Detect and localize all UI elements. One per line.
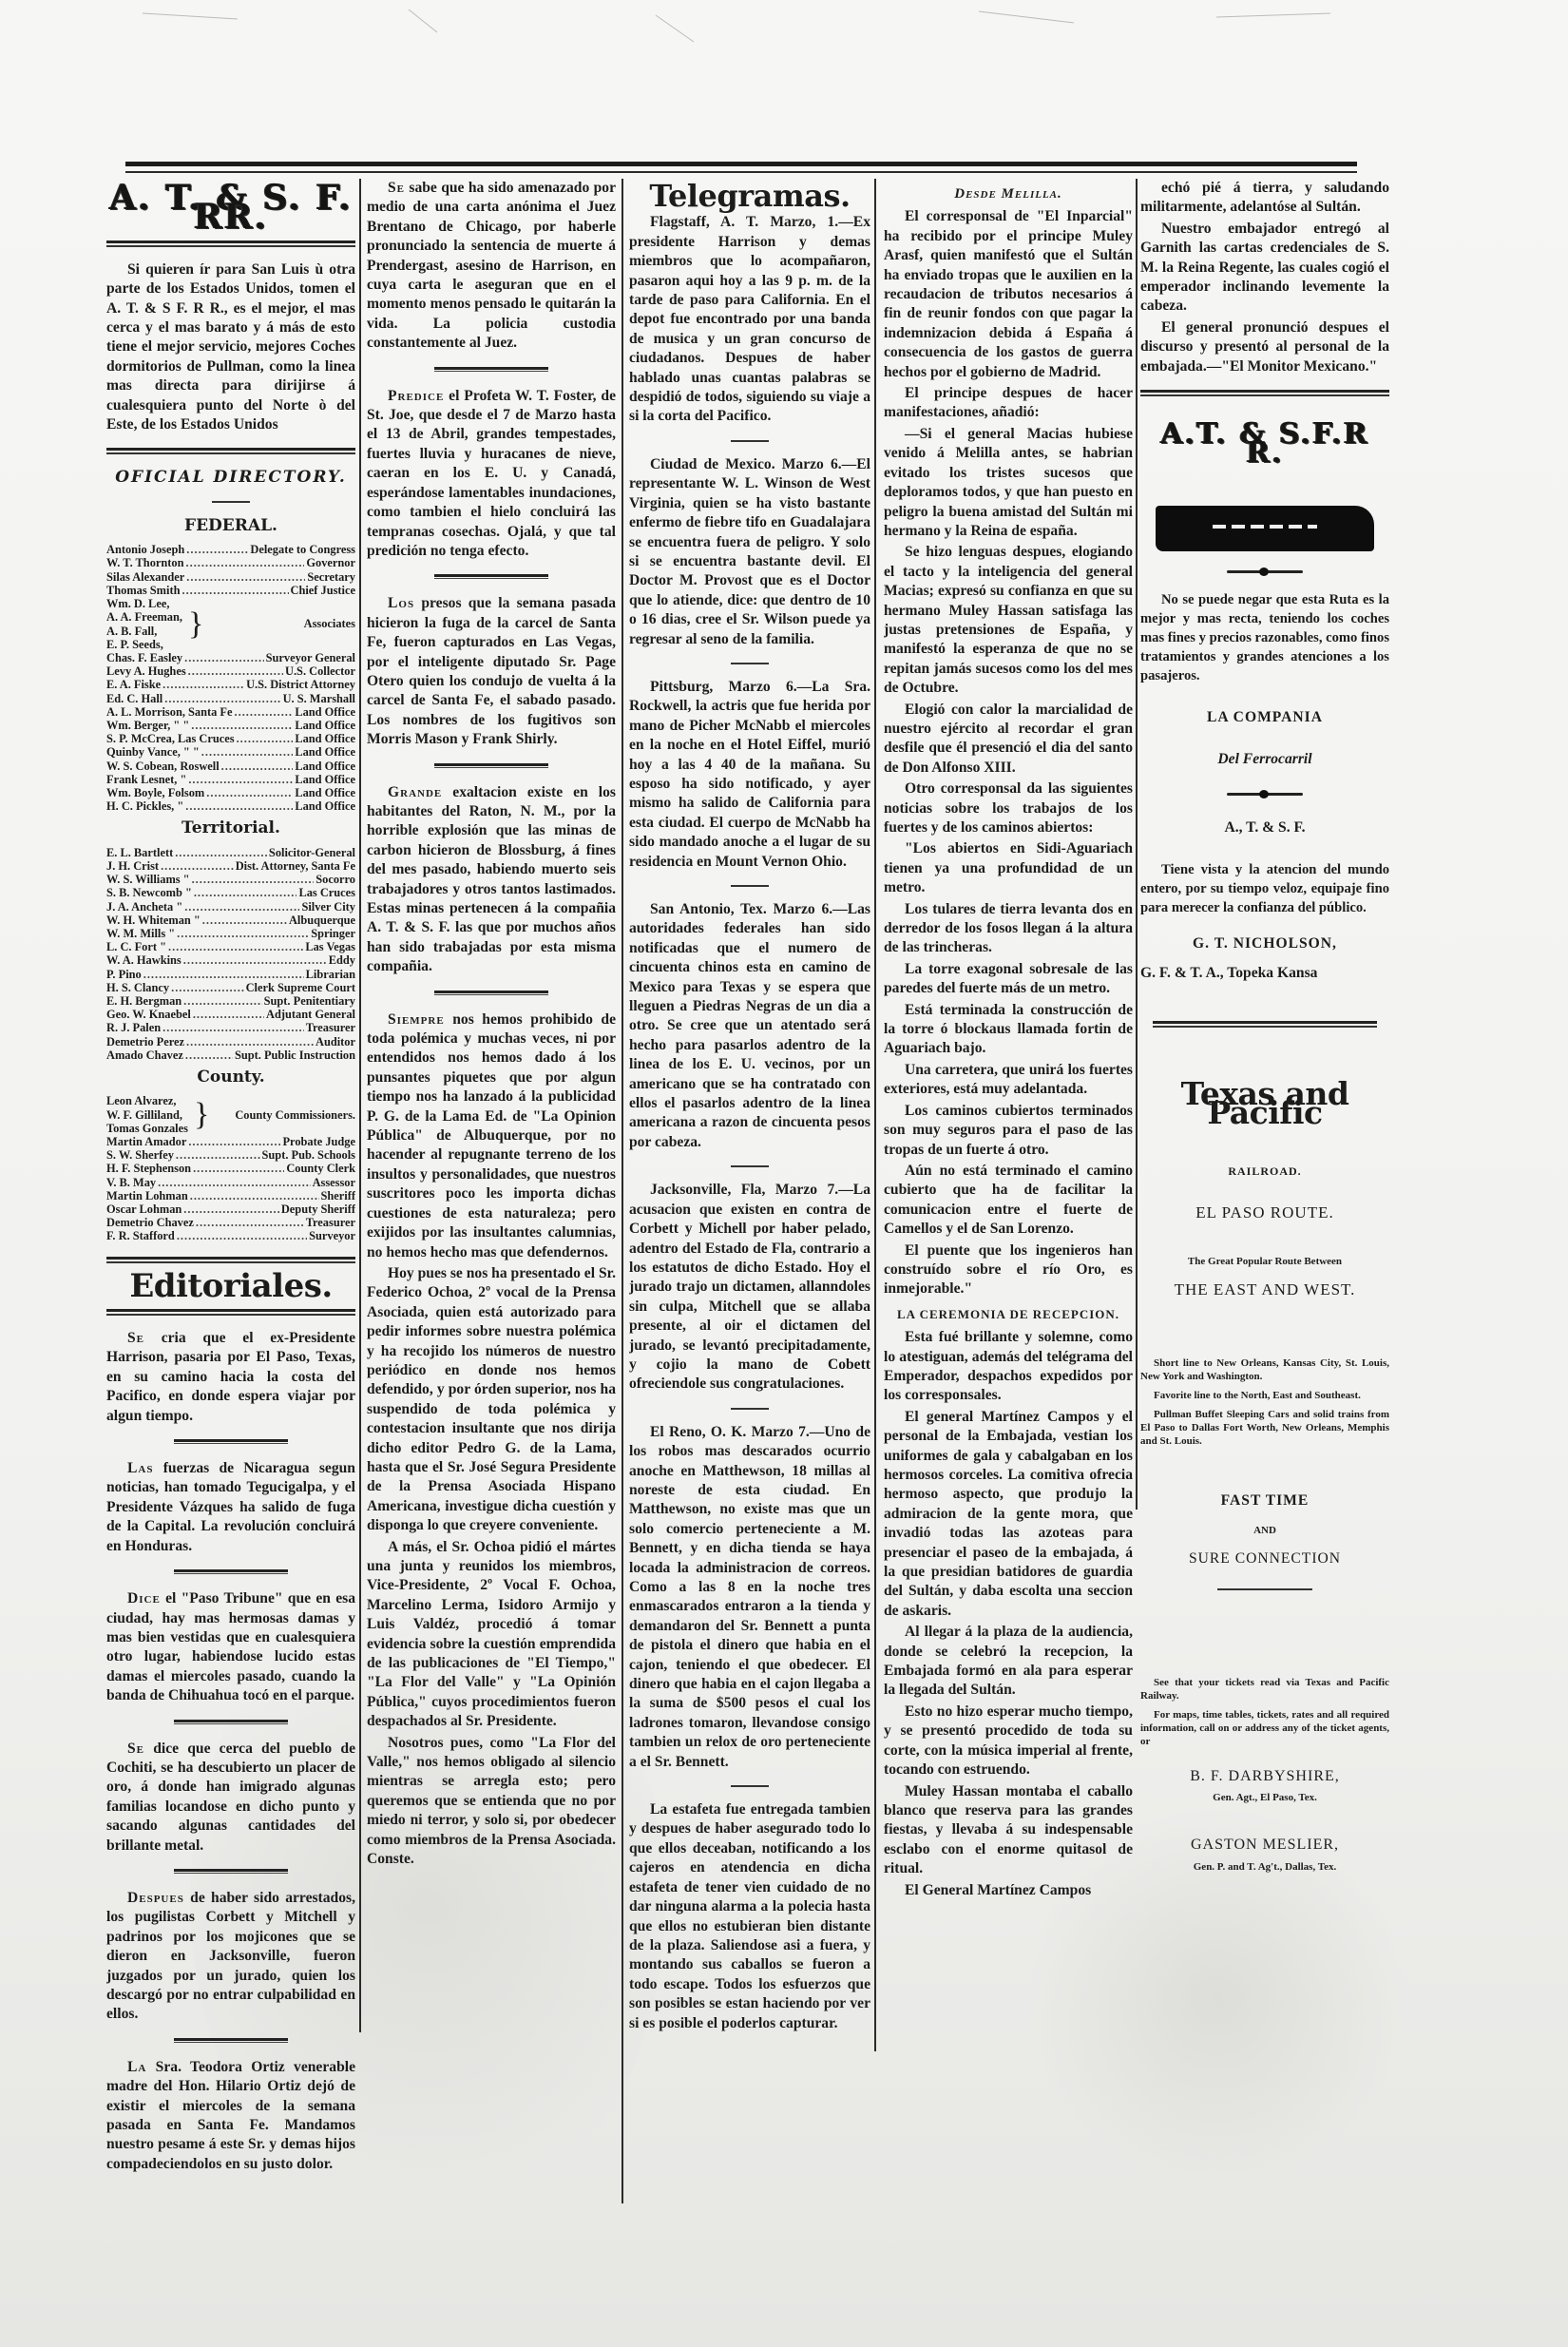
official-title: U. S. Marshall	[283, 692, 355, 705]
official-name: L. C. Fort "	[106, 940, 166, 953]
official-name: E. L. Bartlett	[106, 846, 173, 859]
article-paragraph: Despues de haber sido arrestados, los pu…	[106, 1889, 355, 2025]
divider	[731, 1785, 769, 1787]
official-title: Treasurer	[306, 1021, 355, 1034]
leader-dots	[193, 1008, 264, 1021]
official-name: S. W. Sherfey	[106, 1148, 174, 1162]
atsf-railway: Del Ferrocarril	[1140, 750, 1389, 769]
official-name: Leon Alvarez,	[106, 1094, 188, 1107]
divider	[434, 763, 548, 768]
directory-entry: H. C. Pickles, "Land Office	[106, 799, 355, 813]
official-name: Frank Lesnet, "	[106, 773, 186, 786]
article-paragraph: For maps, time tables, tickets, rates an…	[1140, 1708, 1389, 1748]
brace-glyph: }	[194, 1101, 209, 1129]
directory-entry: J. H. CristDist. Attorney, Santa Fe	[106, 859, 355, 873]
official-title: Supt. Penitentiary	[264, 994, 355, 1008]
commissioners-group: Leon Alvarez,W. F. Gilliland,Tomas Gonza…	[106, 1094, 355, 1135]
masthead-rule	[125, 162, 1357, 173]
tp-agent-2: GASTON MESLIER,	[1140, 1836, 1389, 1855]
tp-popular: The Great Popular Route Between	[1140, 1252, 1389, 1271]
divider	[106, 448, 355, 454]
official-name: P. Pino	[106, 968, 142, 981]
official-title: Land Office	[295, 786, 355, 799]
official-title: Librarian	[306, 968, 355, 981]
official-title: Land Office	[295, 705, 355, 719]
official-name: S. P. McCrea, Las Cruces	[106, 732, 235, 745]
leader-dots	[176, 1148, 260, 1162]
directory-entry: Quinby Vance, " "Land Office	[106, 745, 355, 759]
directory-entry: A. L. Morrison, Santa FeLand Office	[106, 705, 355, 719]
official-name: W. A. Hawkins	[106, 953, 182, 967]
article-paragraph: Short line to New Orleans, Kansas City, …	[1140, 1356, 1389, 1383]
lead-word: Predice	[388, 388, 444, 404]
directory-entry: Frank Lesnet, "Land Office	[106, 773, 355, 786]
group-title: Associates	[209, 617, 355, 630]
official-title: Auditor	[316, 1035, 355, 1048]
divider	[174, 1569, 288, 1574]
official-name: Amado Chavez	[106, 1048, 183, 1062]
leader-dots	[190, 1189, 319, 1202]
divider	[174, 1720, 288, 1724]
official-name: Demetrio Perez	[106, 1035, 184, 1048]
article-paragraph: La torre exagonal sobresale de las pared…	[884, 960, 1133, 999]
paper-scratches	[124, 4, 1454, 99]
official-name: W. S. Williams "	[106, 873, 190, 886]
official-title: Land Office	[295, 745, 355, 759]
article-paragraph: Elogió con calor la marcialidad de nuest…	[884, 701, 1133, 779]
official-name: Tomas Gonzales	[106, 1122, 188, 1135]
telegram-list: Flagstaff, A. T. Marzo, 1.—Ex presidente…	[629, 213, 870, 2033]
directory-entry: E. A. FiskeU.S. District Attorney	[106, 678, 355, 691]
directory-entry: Silas AlexanderSecretary	[106, 570, 355, 584]
article-paragraph: Está terminada la construcción de la tor…	[884, 1001, 1133, 1059]
telegrams-heading: Telegramas.	[629, 186, 870, 205]
official-title: Treasurer	[306, 1216, 355, 1229]
leader-dots	[235, 705, 294, 719]
official-title: Dist. Attorney, Santa Fe	[236, 859, 355, 873]
official-name: W. M. Mills "	[106, 927, 175, 940]
official-title: Las Cruces	[298, 886, 355, 899]
leader-dots	[184, 900, 299, 914]
directory-entry: J. A. Ancheta "Silver City	[106, 900, 355, 914]
directory-entry: Chas. F. EasleySurveyor General	[106, 651, 355, 664]
tp-agent-2-title: Gen. P. and T. Ag't., Dallas, Tex.	[1140, 1857, 1389, 1876]
directory-entry: Antonio JosephDelegate to Congress	[106, 543, 355, 556]
divider	[731, 440, 769, 442]
column-divider	[621, 179, 623, 2203]
directory-entry: W. S. Cobean, RoswellLand Office	[106, 760, 355, 773]
directory-entry: Geo. W. KnaebelAdjutant General	[106, 1008, 355, 1021]
directory-entry: E. H. BergmanSupt. Penitentiary	[106, 994, 355, 1008]
directory-entry: W. M. Mills "Springer	[106, 927, 355, 940]
leader-dots	[183, 953, 327, 967]
official-name: Demetrio Chavez	[106, 1216, 194, 1229]
ornament-divider	[1227, 793, 1303, 796]
leader-dots	[202, 914, 287, 927]
official-name: Ed. C. Hall	[106, 692, 163, 705]
official-title: U.S. Collector	[285, 664, 355, 678]
leader-dots	[177, 1229, 307, 1242]
official-title: Solicitor-General	[269, 846, 355, 859]
article-paragraph: Se cria que el ex-Presidente Harrison, p…	[106, 1329, 355, 1426]
official-name: S. B. Newcomb "	[106, 886, 192, 899]
directory-entry: Thomas SmithChief Justice	[106, 584, 355, 597]
article-paragraph: Muley Hassan montaba el caballo blanco q…	[884, 1782, 1133, 1879]
territorial-directory: E. L. BartlettSolicitor-GeneralJ. H. Cri…	[106, 846, 355, 1062]
official-name: Silas Alexander	[106, 570, 184, 584]
ceremony-article: Esta fué brillante y solemne, como lo at…	[884, 1328, 1133, 1900]
melilla-article: El corresponsal de "El Inparcial" ha rec…	[884, 207, 1133, 1299]
lead-word: Dice	[127, 1590, 161, 1606]
official-name: R. J. Palen	[106, 1021, 161, 1034]
article-paragraph: Dice el "Paso Tribune" que en esa ciudad…	[106, 1589, 355, 1705]
leader-dots	[161, 859, 234, 873]
lead-word: La	[127, 2059, 146, 2075]
column-divider	[359, 179, 361, 2032]
directory-entry: W. T. ThorntonGovernor	[106, 556, 355, 569]
news-items: Se sabe que ha sido amenazado por medio …	[367, 179, 616, 977]
lead-word: Despues	[127, 1890, 184, 1906]
official-title: Surveyor	[309, 1229, 355, 1242]
leader-dots	[168, 940, 303, 953]
official-title: Clerk Supreme Court	[246, 981, 355, 994]
official-name: F. R. Stafford	[106, 1229, 175, 1242]
tp-sure-connection: SURE CONNECTION	[1140, 1549, 1389, 1568]
official-name: E. A. Fiske	[106, 678, 161, 691]
article-paragraph: Pullman Buffet Sleeping Cars and solid t…	[1140, 1408, 1389, 1448]
article-paragraph: Los tulares de tierra levanta dos en der…	[884, 900, 1133, 958]
directory-entry: Demetrio PerezAuditor	[106, 1035, 355, 1048]
official-title: Chief Justice	[291, 584, 355, 597]
leader-dots	[175, 846, 267, 859]
leader-dots	[143, 968, 304, 981]
official-title: Land Office	[295, 773, 355, 786]
leader-dots	[185, 799, 293, 813]
divider	[174, 1869, 288, 1874]
lead-word: Grande	[388, 784, 442, 800]
column-3: Telegramas. Flagstaff, A. T. Marzo, 1.—E…	[629, 179, 870, 2265]
divider	[174, 1439, 288, 1444]
directory-entry: Oscar LohmanDeputy Sheriff	[106, 1202, 355, 1216]
directory-entry: Wm. Boyle, FolsomLand Office	[106, 786, 355, 799]
leader-dots	[186, 543, 248, 556]
brace-glyph: }	[188, 610, 203, 639]
leader-dots	[177, 927, 309, 940]
group-title: County Commissioners.	[215, 1108, 355, 1122]
atsf-agent: G. T. NICHOLSON,	[1140, 934, 1389, 953]
divider	[1153, 1021, 1377, 1028]
group-names: Leon Alvarez,W. F. Gilliland,Tomas Gonza…	[106, 1094, 188, 1135]
official-name: V. B. May	[106, 1176, 156, 1189]
divider	[212, 501, 250, 503]
official-name: Quinby Vance, " "	[106, 745, 200, 759]
directory-entry: H. S. ClancyClerk Supreme Court	[106, 981, 355, 994]
directory-entry: H. F. StephensonCounty Clerk	[106, 1162, 355, 1175]
column-4: Desde Melilla. El corresponsal de "El In…	[884, 179, 1133, 2265]
leader-dots	[188, 664, 283, 678]
article-paragraph: Los presos que la semana pasada hicieron…	[367, 594, 616, 749]
official-title: Silver City	[301, 900, 355, 914]
leader-dots	[186, 556, 305, 569]
leader-dots	[221, 760, 294, 773]
official-title: Surveyor General	[266, 651, 355, 664]
article-paragraph: Los caminos cubiertos terminados son muy…	[884, 1102, 1133, 1160]
official-title: Sheriff	[321, 1189, 355, 1202]
group-names: Wm. D. Lee,A. A. Freeman,A. B. Fall,E. P…	[106, 597, 182, 651]
leader-dots	[164, 692, 280, 705]
tp-route: EL PASO ROUTE.	[1140, 1203, 1389, 1222]
article-paragraph: El general Martínez Campos y el personal…	[884, 1408, 1133, 1621]
tp-agent-1: B. F. DARBYSHIRE,	[1140, 1767, 1389, 1786]
official-name: W. S. Cobean, Roswell	[106, 760, 220, 773]
official-title: Eddy	[329, 953, 355, 967]
divider	[731, 1165, 769, 1167]
article-paragraph: Predice el Profeta W. T. Foster, de St. …	[367, 387, 616, 562]
official-name: Thomas Smith	[106, 584, 180, 597]
polemic-article: Siempre nos hemos prohibido de toda polé…	[367, 1010, 616, 1870]
article-paragraph: La Sra. Teodora Ortiz venerable madre de…	[106, 2058, 355, 2174]
leader-dots	[163, 1021, 304, 1034]
official-name: E. P. Seeds,	[106, 638, 182, 651]
leader-dots	[196, 1216, 304, 1229]
directory-entry: Levy A. HughesU.S. Collector	[106, 664, 355, 678]
county-heading: County.	[106, 1068, 355, 1087]
tp-fast-time: FAST TIME	[1140, 1491, 1389, 1510]
atsf-ad-body-2: Tiene vista y la atencion del mundo ente…	[1140, 860, 1389, 917]
leader-dots	[188, 773, 293, 786]
column-5: echó pié á tierra, y saludando militarme…	[1140, 179, 1389, 2265]
article-paragraph: Ciudad de Mexico. Marzo 6.—El representa…	[629, 455, 870, 649]
official-title: Land Office	[295, 799, 355, 813]
train-illustration	[1156, 506, 1374, 551]
atsf-initials: A., T. & S. F.	[1140, 818, 1389, 837]
leader-dots	[201, 745, 294, 759]
article-paragraph: Las fuerzas de Nicaragua segun noticias,…	[106, 1459, 355, 1556]
atsf-agent-title: G. F. & T. A., Topeka Kansa	[1140, 964, 1389, 983]
official-title: Springer	[311, 927, 355, 940]
divider	[731, 885, 769, 887]
tp-railroad: RAILROAD.	[1140, 1162, 1389, 1181]
article-paragraph: Esta fué brillante y solemne, como lo at…	[884, 1328, 1133, 1406]
official-name: Wm. Berger, " "	[106, 719, 189, 732]
article-paragraph: Esto no hizo esperar mucho tiempo, y se …	[884, 1703, 1133, 1780]
tp-agent-1-title: Gen. Agt., El Paso, Tex.	[1140, 1788, 1389, 1807]
directory-entry: V. B. MayAssessor	[106, 1176, 355, 1189]
directory-entry: Wm. Berger, " "Land Office	[106, 719, 355, 732]
article-paragraph: Se sabe que ha sido amenazado por medio …	[367, 179, 616, 354]
leader-dots	[158, 1176, 310, 1189]
official-title: Delegate to Congress	[250, 543, 355, 556]
directory-entry: Ed. C. HallU. S. Marshall	[106, 692, 355, 705]
divider	[434, 991, 548, 995]
divider	[106, 1257, 355, 1263]
divider	[1140, 390, 1389, 396]
official-title: County Clerk	[286, 1162, 355, 1175]
divider	[1217, 1588, 1312, 1590]
leader-dots	[206, 786, 293, 799]
divider	[434, 574, 548, 579]
directory-entry: S. B. Newcomb "Las Cruces	[106, 886, 355, 899]
directory-entry: Martin LohmanSheriff	[106, 1189, 355, 1202]
official-title: Supt. Public Instruction	[235, 1048, 355, 1062]
article-paragraph: Flagstaff, A. T. Marzo, 1.—Ex presidente…	[629, 213, 870, 426]
tp-title: Texas and Pacific	[1140, 1085, 1389, 1124]
lead-word: Los	[388, 595, 414, 611]
official-name: A. L. Morrison, Santa Fe	[106, 705, 233, 719]
directory-entry: E. L. BartlettSolicitor-General	[106, 846, 355, 859]
column-1: A. T. & S. F. RR. Si quieren ír para San…	[106, 179, 355, 2265]
leader-dots	[171, 981, 244, 994]
leader-dots	[183, 994, 261, 1008]
lead-word: Las	[127, 1460, 153, 1476]
leader-dots	[186, 570, 305, 584]
article-paragraph: Favorite line to the North, East and Sou…	[1140, 1389, 1389, 1402]
official-title: Assessor	[313, 1176, 355, 1189]
atsf-ad-text: Si quieren ír para San Luis ù otra parte…	[106, 260, 355, 435]
directory-entry: F. R. StaffordSurveyor	[106, 1229, 355, 1242]
official-name: J. H. Crist	[106, 859, 159, 873]
directory-entry: S. W. SherfeySupt. Pub. Schools	[106, 1148, 355, 1162]
leader-dots	[193, 1162, 284, 1175]
official-title: Deputy Sheriff	[281, 1202, 355, 1216]
official-name: H. C. Pickles, "	[106, 799, 183, 813]
official-title: Probate Judge	[282, 1135, 355, 1148]
leader-dots	[182, 584, 288, 597]
divider	[434, 367, 548, 372]
article-paragraph: Nuestro embajador entregó al Garnith las…	[1140, 220, 1389, 317]
directory-entry: P. PinoLibrarian	[106, 968, 355, 981]
ceremony-subhead: LA CEREMONIA DE RECEPCION.	[884, 1305, 1133, 1324]
divider	[174, 2038, 288, 2043]
official-name: A. A. Freeman,	[106, 610, 182, 624]
official-title: U.S. District Attorney	[246, 678, 355, 691]
official-title: Governor	[306, 556, 355, 569]
divider	[731, 1408, 769, 1410]
atsf-ad-logo: A.T. & S.F.R R.	[1140, 425, 1389, 464]
official-title: Adjutant General	[266, 1008, 355, 1021]
official-title: Albuquerque	[289, 914, 355, 927]
official-name: Levy A. Hughes	[106, 664, 186, 678]
article-paragraph: "Los abiertos en Sidi-Aguariach tienen y…	[884, 839, 1133, 897]
article-paragraph: Aún no está terminado el camino cubierto…	[884, 1162, 1133, 1240]
lead-word: Se	[127, 1741, 144, 1757]
official-title: Las Vegas	[305, 940, 355, 953]
county-directory: Martin AmadorProbate JudgeS. W. SherfeyS…	[106, 1135, 355, 1243]
article-paragraph: El puente que los ingenieros han constru…	[884, 1241, 1133, 1299]
leader-dots	[163, 678, 244, 691]
official-title: Secretary	[307, 570, 355, 584]
tp-route-lines: Short line to New Orleans, Kansas City, …	[1140, 1356, 1389, 1448]
article-paragraph: Al llegar á la plaza de la audiencia, do…	[884, 1623, 1133, 1701]
territorial-heading: Territorial.	[106, 818, 355, 837]
official-name: Martin Amador	[106, 1135, 186, 1148]
official-title: Supt. Pub. Schools	[262, 1148, 355, 1162]
article-paragraph: Se dice que cerca del pueblo de Cochiti,…	[106, 1740, 355, 1856]
article-paragraph: Pittsburg, Marzo 6.—La Sra. Rockwell, la…	[629, 678, 870, 872]
brace-group: Leon Alvarez,W. F. Gilliland,Tomas Gonza…	[106, 1094, 355, 1135]
official-name: A. B. Fall,	[106, 625, 182, 638]
melilla-heading: Desde Melilla.	[884, 184, 1133, 203]
article-paragraph: Se hizo lenguas despues, elogiando el ta…	[884, 543, 1133, 698]
directory-entry: W. S. Williams "Socorro	[106, 873, 355, 886]
official-name: Geo. W. Knaebel	[106, 1008, 191, 1021]
article-paragraph: El principe despues de hacer manifestaci…	[884, 384, 1133, 423]
leader-dots	[194, 886, 297, 899]
directory-entry: R. J. PalenTreasurer	[106, 1021, 355, 1034]
leader-dots	[184, 651, 263, 664]
article-paragraph: El general pronunció despues el discurso…	[1140, 318, 1389, 376]
editorials-heading: Editoriales.	[106, 1277, 355, 1296]
official-title: Land Office	[295, 760, 355, 773]
article-paragraph: El Reno, O. K. Marzo 7.—Uno de los robos…	[629, 1423, 870, 1772]
official-name: Oscar Lohman	[106, 1202, 182, 1216]
official-name: Chas. F. Easley	[106, 651, 182, 664]
ornament-divider	[1227, 570, 1303, 573]
article-paragraph: Hoy pues se nos ha presentado el Sr. Fed…	[367, 1264, 616, 1536]
brace-group: Wm. D. Lee,A. A. Freeman,A. B. Fall,E. P…	[106, 597, 355, 651]
article-paragraph: El corresponsal de "El Inparcial" ha rec…	[884, 207, 1133, 382]
leader-dots	[186, 1035, 314, 1048]
column-divider	[874, 179, 876, 2051]
article-paragraph: La estafeta fue entregada tambien y desp…	[629, 1800, 870, 2033]
official-title: Land Office	[295, 719, 355, 732]
official-name: J. A. Ancheta "	[106, 900, 182, 914]
directory-entry: W. H. Whiteman "Albuquerque	[106, 914, 355, 927]
directory-entry: Demetrio ChavezTreasurer	[106, 1216, 355, 1229]
directory-entry: L. C. Fort "Las Vegas	[106, 940, 355, 953]
divider	[731, 663, 769, 664]
official-name: W. H. Whiteman "	[106, 914, 201, 927]
column-divider	[1136, 179, 1138, 1510]
atsf-ad-body: No se puede negar que esta Ruta es la me…	[1140, 590, 1389, 685]
directory-entry: W. A. HawkinsEddy	[106, 953, 355, 967]
leader-dots	[188, 1135, 280, 1148]
directory-entry: S. P. McCrea, Las CrucesLand Office	[106, 732, 355, 745]
directory-title: OFICIAL DIRECTORY.	[106, 468, 355, 487]
article-paragraph: Una carretera, que unirá los fuertes ext…	[884, 1061, 1133, 1100]
article-paragraph: —Si el general Macias hubiese venido á M…	[884, 425, 1133, 541]
article-paragraph: El General Martínez Campos	[884, 1881, 1133, 1900]
official-name: Martin Lohman	[106, 1189, 188, 1202]
lead-word: Se	[127, 1330, 144, 1346]
directory-entry: Amado ChavezSupt. Public Instruction	[106, 1048, 355, 1062]
article-paragraph: A más, el Sr. Ochoa pidió el mártes una …	[367, 1538, 616, 1732]
divider	[106, 1309, 355, 1316]
leader-dots	[185, 1048, 233, 1062]
federal-heading: FEDERAL.	[106, 516, 355, 535]
official-name: W. T. Thornton	[106, 556, 184, 569]
atsf-masthead: A. T. & S. F. RR.	[106, 188, 355, 227]
official-title: Socorro	[316, 873, 355, 886]
federal-directory-continued: Chas. F. EasleySurveyor GeneralLevy A. H…	[106, 651, 355, 813]
divider	[106, 240, 355, 247]
tp-east-west: THE EAST AND WEST.	[1140, 1280, 1389, 1299]
official-title: Land Office	[295, 732, 355, 745]
official-name: Wm. Boyle, Folsom	[106, 786, 204, 799]
column-2: Se sabe que ha sido amenazado por medio …	[367, 179, 616, 2265]
leader-dots	[191, 719, 293, 732]
official-name: Wm. D. Lee,	[106, 597, 182, 610]
article-paragraph: Siempre nos hemos prohibido de toda polé…	[367, 1010, 616, 1262]
atsf-company: LA COMPANIA	[1140, 708, 1389, 727]
article-paragraph: Otro corresponsal da las siguientes noti…	[884, 779, 1133, 837]
tp-ticket-info: See that your tickets read via Texas and…	[1140, 1676, 1389, 1748]
tp-and: AND	[1140, 1521, 1389, 1540]
official-name: H. F. Stephenson	[106, 1162, 191, 1175]
melilla-continuation: echó pié á tierra, y saludando militarme…	[1140, 179, 1389, 376]
federal-directory: Antonio JosephDelegate to CongressW. T. …	[106, 543, 355, 597]
leader-dots	[237, 732, 294, 745]
